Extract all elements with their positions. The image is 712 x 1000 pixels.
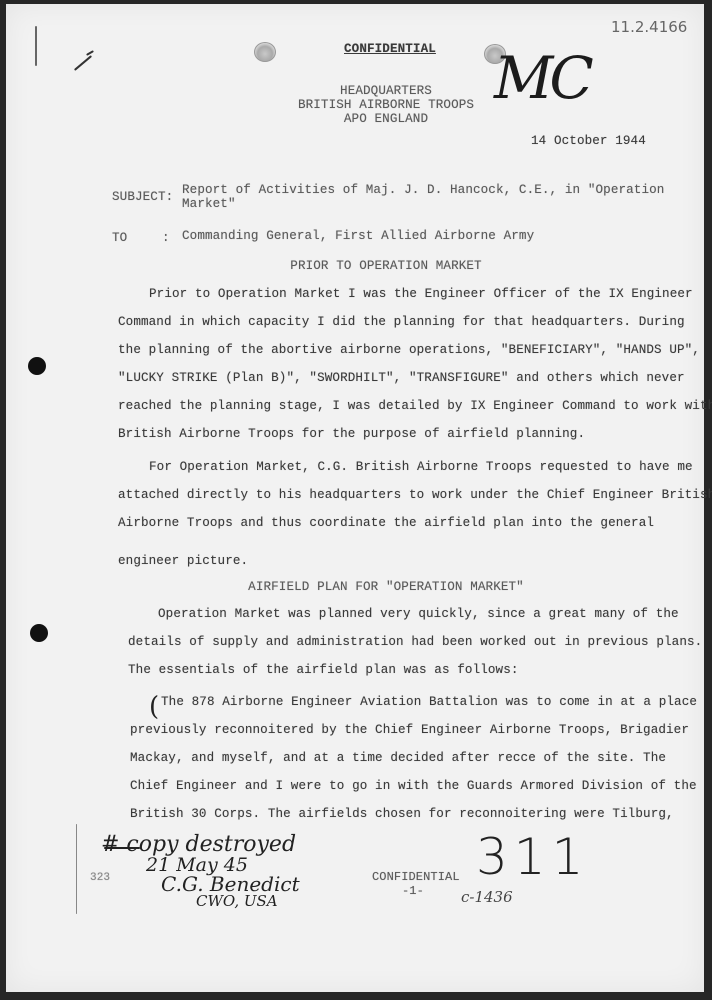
to-separator: : — [162, 231, 170, 245]
subject-line-2: Market" — [182, 197, 236, 211]
page-number: -1- — [402, 884, 424, 898]
paragraph-1-line: the planning of the abortive airborne op… — [118, 343, 700, 357]
margin-mark — [74, 55, 92, 71]
handwritten-reference: c-1436 — [461, 888, 513, 906]
paragraph-4-line: British 30 Corps. The airfields chosen f… — [130, 807, 674, 821]
document-page: 11.2.4166 MC CONFIDENTIAL HEADQUARTERS B… — [6, 4, 704, 992]
classification-header: CONFIDENTIAL — [344, 42, 436, 56]
handwritten-file-number: 311 — [476, 828, 589, 886]
paragraph-2-line: engineer picture. — [118, 554, 248, 568]
subject-label: SUBJECT: — [112, 190, 173, 204]
to-label: TO — [112, 231, 127, 245]
stamp-number: 323 — [90, 872, 110, 884]
paragraph-2-line: Airborne Troops and thus coordinate the … — [118, 516, 654, 530]
paragraph-2-line: attached directly to his headquarters to… — [118, 488, 712, 502]
to-recipient: Commanding General, First Allied Airborn… — [182, 229, 534, 243]
handwritten-note-line: CWO, USA — [196, 892, 278, 910]
letterhead-line-1: HEADQUARTERS — [246, 84, 526, 98]
letterhead-line-3: APO ENGLAND — [246, 112, 526, 126]
margin-mark — [35, 26, 37, 66]
section-heading-airfield-plan: AIRFIELD PLAN FOR "OPERATION MARKET" — [236, 580, 536, 594]
margin-mark — [76, 824, 77, 914]
paragraph-3-line: details of supply and administration had… — [128, 635, 702, 649]
punch-hole-upper — [28, 357, 46, 375]
subject-line-1: Report of Activities of Maj. J. D. Hanco… — [182, 183, 664, 197]
punch-hole-lower — [30, 624, 48, 642]
paragraph-3-line: Operation Market was planned very quickl… — [158, 607, 679, 621]
classification-footer: CONFIDENTIAL — [372, 870, 460, 884]
archive-number: 11.2.4166 — [611, 18, 687, 36]
strikethrough-mark — [104, 847, 140, 849]
paragraph-4-line: Mackay, and myself, and at a time decide… — [130, 751, 666, 765]
staple-mark-left — [254, 42, 276, 62]
document-date: 14 October 1944 — [531, 134, 646, 148]
paragraph-1-line: Command in which capacity I did the plan… — [118, 315, 685, 329]
paragraph-1-line: "LUCKY STRIKE (Plan B)", "SWORDHILT", "T… — [118, 371, 685, 385]
paragraph-4-line: The 878 Airborne Engineer Aviation Batta… — [161, 695, 697, 709]
paragraph-2-line: For Operation Market, C.G. British Airbo… — [149, 460, 693, 474]
scanned-document-background: 11.2.4166 MC CONFIDENTIAL HEADQUARTERS B… — [0, 0, 712, 1000]
letterhead-line-2: BRITISH AIRBORNE TROOPS — [246, 98, 526, 112]
paragraph-1-line: British Airborne Troops for the purpose … — [118, 427, 585, 441]
paragraph-1-line: reached the planning stage, I was detail… — [118, 399, 712, 413]
paragraph-4-line: previously reconnoitered by the Chief En… — [130, 723, 689, 737]
paragraph-4-line: Chief Engineer and I were to go in with … — [130, 779, 697, 793]
handwritten-bracket: ( — [149, 692, 159, 722]
paragraph-1-line: Prior to Operation Market I was the Engi… — [149, 287, 693, 301]
paragraph-3-line: The essentials of the airfield plan was … — [128, 663, 519, 677]
section-heading-prior: PRIOR TO OPERATION MARKET — [236, 259, 536, 273]
